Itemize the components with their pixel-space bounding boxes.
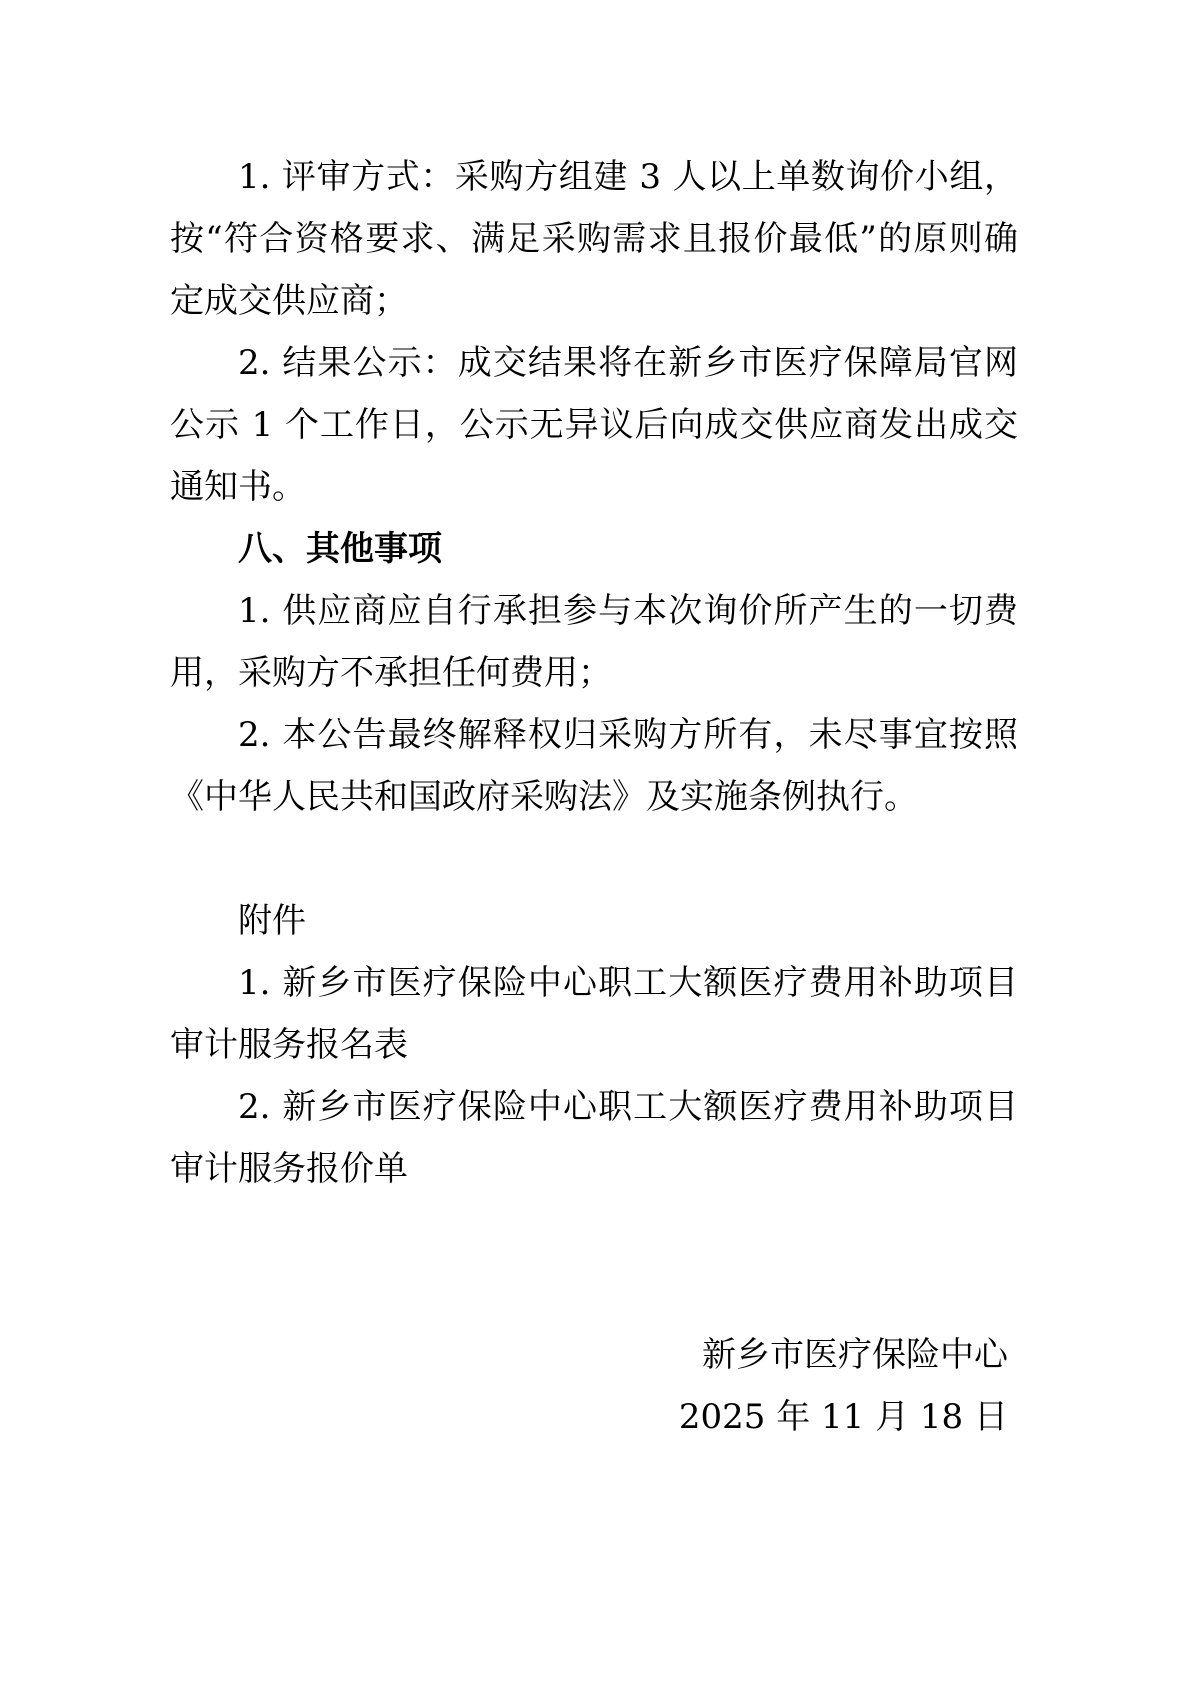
signature-organization: 新乡市医疗保险中心 [170,1324,1008,1386]
attachment-item-registration-form: 1. 新乡市医疗保险中心职工大额医疗费用补助项目审计服务报名表 [170,952,1018,1076]
attachment-item-quotation-form: 2. 新乡市医疗保险中心职工大额医疗费用补助项目审计服务报价单 [170,1076,1018,1200]
signature-date: 2025 年 11 月 18 日 [170,1386,1008,1448]
document-page: 1. 评审方式：采购方组建 3 人以上单数询价小组，按“符合资格要求、满足采购需… [0,0,1190,1683]
attachments-label: 附件 [170,890,1018,952]
signature-block: 新乡市医疗保险中心 2025 年 11 月 18 日 [170,1324,1018,1448]
paragraph-final-interpretation: 2. 本公告最终解释权归采购方所有，未尽事宜按照《中华人民共和国政府采购法》及实… [170,704,1018,828]
paragraph-cost-responsibility: 1. 供应商应自行承担参与本次询价所产生的一切费用，采购方不承担任何费用； [170,580,1018,704]
section-heading-other-matters: 八、其他事项 [170,518,1018,580]
paragraph-review-method: 1. 评审方式：采购方组建 3 人以上单数询价小组，按“符合资格要求、满足采购需… [170,146,1018,332]
paragraph-result-publicity: 2. 结果公示：成交结果将在新乡市医疗保障局官网公示 1 个工作日，公示无异议后… [170,332,1018,518]
